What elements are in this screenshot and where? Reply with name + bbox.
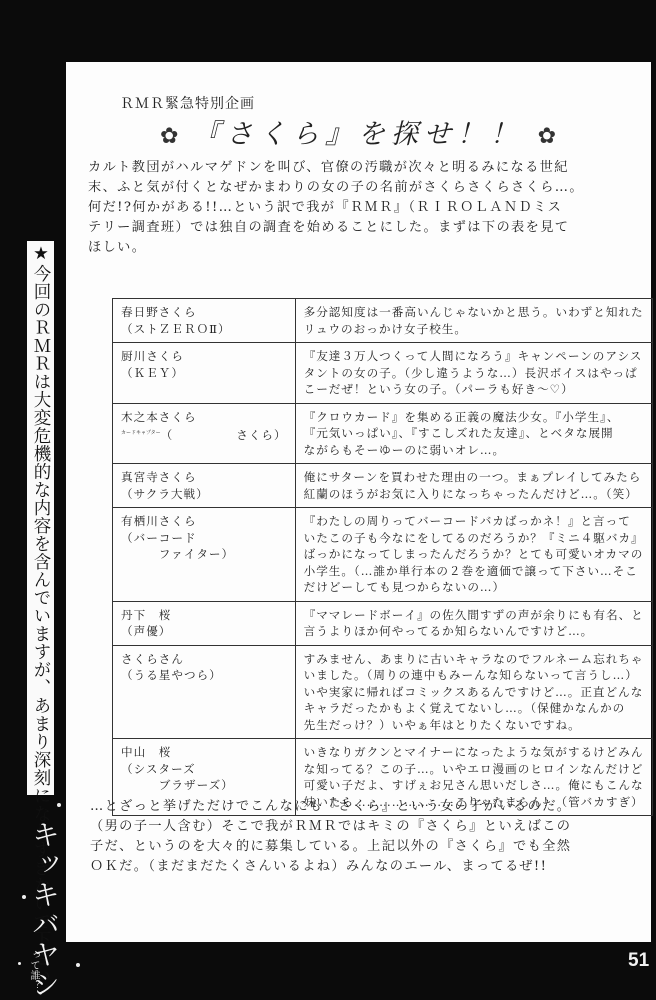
name-cell: 春日野さくら （ストＺＥＲＯⅡ） <box>113 299 296 343</box>
outro-paragraph: …とざっと挙げただけでこんなにも『さくら』という女の子がいるのだ。 （男の子一人… <box>90 797 635 877</box>
description-line: いきなりガクンとマイナーになったような気がするけどみん <box>304 744 644 761</box>
description-line: 『わたしの周りってバーコードバカばっかネ！』と言って <box>304 513 644 530</box>
character-name: 真宮寺さくら <box>121 469 287 486</box>
character-name: さくらさん <box>121 651 287 668</box>
page-title: ✿ 『さくら』を探せ！！ ✿ <box>160 112 560 151</box>
character-name: 春日野さくら <box>121 304 287 321</box>
description-cell: すみません、あまりに古いキャラなのでフルネーム忘れちゃ いました。（周りの連中も… <box>295 645 652 739</box>
description-cell: 多分認知度は一番高いんじゃないかと思う。いわずと知れた リュウのおっかけ女子校生… <box>295 299 652 343</box>
description-line: タントの女の子。（少し違うような…）長沢ボイスはやっぱ <box>304 365 644 382</box>
description-cell: 『ママレードボーイ』の佐久間すずの声が余りにも有名、と 言うよりほか何やってるか… <box>295 601 652 645</box>
decorative-dot <box>22 895 26 899</box>
name-cell: 有栖川さくら （バーコード ファイター） <box>113 508 296 602</box>
handwritten-scribble-note: って誰？ <box>28 950 39 990</box>
sakura-table: 春日野さくら （ストＺＥＲＯⅡ） 多分認知度は一番高いんじゃないかと思う。いわず… <box>112 298 653 816</box>
table-row: 厨川さくら （ＫＥＹ） 『友達３万人つくって人間になろう』キャンペーンのアシス … <box>113 343 653 404</box>
character-source: カードキャプター（ さくら） <box>121 425 287 443</box>
description-line: 言うよりほか何やってるか知らないんですけど…。 <box>304 623 644 640</box>
name-cell: 丹下 桜 （声優） <box>113 601 296 645</box>
table-row: 木之本さくら カードキャプター（ さくら） 『クロウカード』を集める正義の魔法少… <box>113 403 653 464</box>
description-line: ばっかになってしまったんだろうか？とても可愛いオカマの <box>304 546 644 563</box>
description-line: 可愛い子だよ、すげぇお兄さん思いだしさ…。俺にもこんな <box>304 777 644 794</box>
description-line: 『クロウカード』を集める正義の魔法少女。『小学生』、 <box>304 409 644 426</box>
decorative-dot <box>76 963 80 967</box>
description-line: 俺にサターンを買わせた理由の一つ。まぁプレイしてみたら <box>304 469 644 486</box>
character-name: 丹下 桜 <box>121 607 287 624</box>
section-kicker: ＲＭＲ緊急特別企画 <box>120 93 255 113</box>
sidebar-notice: ★今回のＲＭＲは大変危機的な内容を含んでいますが、あまり深刻になりすぎないで下さ… <box>29 244 53 794</box>
description-line: な知ってる？この子…。いやエロ漫画のヒロインなんだけど <box>304 761 644 778</box>
intro-line: テリー調査班）では独自の調査を始めることにした。まずは下の表を見て <box>88 218 628 238</box>
character-source: （ＫＥＹ） <box>121 365 287 382</box>
description-line: いました。（周りの連中もみーんな知らないって言うし…） <box>304 667 644 684</box>
outro-line: …とざっと挙げただけでこんなにも『さくら』という女の子がいるのだ。 <box>90 797 635 817</box>
name-cell: 厨川さくら （ＫＥＹ） <box>113 343 296 404</box>
table-row: 丹下 桜 （声優） 『ママレードボーイ』の佐久間すずの声が余りにも有名、と 言う… <box>113 601 653 645</box>
description-cell: 『クロウカード』を集める正義の魔法少女。『小学生』、 『元気いっぱい』、『すこし… <box>295 403 652 464</box>
character-source: （声優） <box>121 623 287 640</box>
name-cell: 木之本さくら カードキャプター（ さくら） <box>113 403 296 464</box>
character-source: （シスターズ <box>121 761 287 778</box>
table-row: 真宮寺さくら （サクラ大戦） 俺にサターンを買わせた理由の一つ。まぁプレイしてみ… <box>113 464 653 508</box>
character-source: （バーコード <box>121 530 287 547</box>
description-line: ながらもそーゆーのに弱いオレ…。 <box>304 442 644 459</box>
outro-line: ＯＫだ。（まだまだたくさんいるよね）みんなのエール、まってるぜ!! <box>90 857 635 877</box>
description-line: 先生だっけ？）いやぁ年はとりたくないですね。 <box>304 717 644 734</box>
character-name: 木之本さくら <box>121 409 287 426</box>
description-line: すみません、あまりに古いキャラなのでフルネーム忘れちゃ <box>304 651 644 668</box>
intro-line: カルト教団がハルマゲドンを叫び、官僚の汚職が次々と明るみになる世紀 <box>88 158 628 178</box>
description-cell: 『わたしの周りってバーコードバカばっかネ！』と言って いたこの子も今なにをしてる… <box>295 508 652 602</box>
table-row: さくらさん （うる星やつら） すみません、あまりに古いキャラなのでフルネーム忘れ… <box>113 645 653 739</box>
decorative-dot <box>57 803 61 807</box>
source-text: （ さくら） <box>161 428 287 442</box>
character-source: （サクラ大戦） <box>121 486 287 503</box>
title-text: 『さくら』を探せ！！ <box>193 119 523 150</box>
decorative-dot <box>18 962 21 965</box>
intro-line: 末、ふと気が付くとなぜかまわりの女の子の名前がさくらさくらさくら…。 <box>88 178 628 198</box>
character-name: 中山 桜 <box>121 744 287 761</box>
intro-paragraph: カルト教団がハルマゲドンを叫び、官僚の汚職が次々と明るみになる世紀 末、ふと気が… <box>88 158 628 258</box>
description-line: リュウのおっかけ女子校生。 <box>304 321 644 338</box>
description-cell: 俺にサターンを買わせた理由の一つ。まぁプレイしてみたら 紅蘭のほうがお気に入りに… <box>295 464 652 508</box>
table-row: 春日野さくら （ストＺＥＲＯⅡ） 多分認知度は一番高いんじゃないかと思う。いわず… <box>113 299 653 343</box>
description-line: 多分認知度は一番高いんじゃないかと思う。いわずと知れた <box>304 304 644 321</box>
character-source: （ストＺＥＲＯⅡ） <box>121 321 287 338</box>
name-cell: 真宮寺さくら （サクラ大戦） <box>113 464 296 508</box>
source-ruby: カードキャプター <box>121 430 161 436</box>
intro-line: 何だ!?何かがある!!…という訳で我が『ＲＭＲ』（ＲＩＲＯＬＡＮＤミス <box>88 198 628 218</box>
description-line: 紅蘭のほうがお気に入りになっちゃったんだけど…。（笑） <box>304 486 644 503</box>
table-row: 有栖川さくら （バーコード ファイター） 『わたしの周りってバーコードバカばっか… <box>113 508 653 602</box>
description-line: いたこの子も今なにをしてるのだろうか？『ミニ４駆バカ』 <box>304 530 644 547</box>
cherry-blossom-icon: ✿ <box>160 124 178 149</box>
description-line: いや実家に帰ればコミックスあるんですけど…。正直どんな <box>304 684 644 701</box>
name-cell: さくらさん （うる星やつら） <box>113 645 296 739</box>
outro-line: （男の子一人含む）そこで我がＲＭＲではキミの『さくら』といえばこの <box>90 817 635 837</box>
description-line: だけどーしても見つからないの…） <box>304 579 644 596</box>
cherry-blossom-icon: ✿ <box>538 124 556 149</box>
character-source: ファイター） <box>121 546 287 563</box>
page-number: 51 <box>628 950 649 972</box>
description-line: 『元気いっぱい』、『すこしズれた友達』、とベタな展開 <box>304 425 644 442</box>
character-name: 厨川さくら <box>121 348 287 365</box>
description-line: こーだぜ！という女の子。（パーラも好き～♡） <box>304 381 644 398</box>
description-line: 小学生。（…誰か単行本の２巻を適価で譲って下さい…そこ <box>304 563 644 580</box>
description-line: 『ママレードボーイ』の佐久間すずの声が余りにも有名、と <box>304 607 644 624</box>
character-source: ブラザーズ） <box>121 777 287 794</box>
description-line: 『友達３万人つくって人間になろう』キャンペーンのアシス <box>304 348 644 365</box>
description-cell: 『友達３万人つくって人間になろう』キャンペーンのアシス タントの女の子。（少し違… <box>295 343 652 404</box>
intro-line: ほしい。 <box>88 238 628 258</box>
character-source: （うる星やつら） <box>121 667 287 684</box>
character-name: 有栖川さくら <box>121 513 287 530</box>
outro-line: 子だ、というのを大々的に募集している。上記以外の『さくら』でも全然 <box>90 837 635 857</box>
description-line: キャラだったかもよく覚えてないし…。（保健かなんかの <box>304 700 644 717</box>
